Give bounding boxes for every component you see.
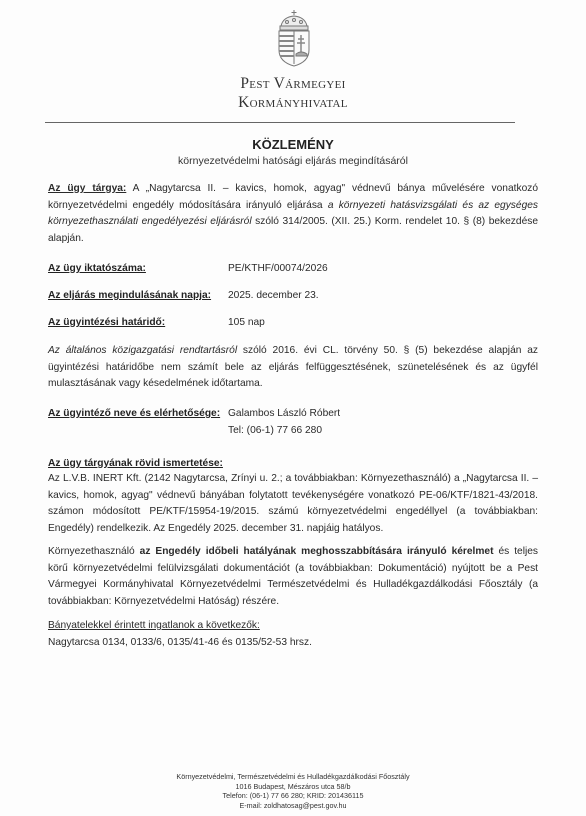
document-title: KÖZLEMÉNY	[0, 137, 586, 152]
case-number-value: PE/KTHF/00074/2026	[228, 263, 328, 274]
request-paragraph: Környezethasználó az Engedély időbeli ha…	[48, 544, 538, 610]
footer-address: 1016 Budapest, Mészáros utca 58/b	[0, 782, 586, 792]
properties-text: Nagytarcsa 0134, 0133/6, 0135/41-46 és 0…	[48, 635, 538, 652]
deadline-label: Az ügyintézési határidő:	[48, 317, 165, 328]
page-footer: Környezetvédelmi, Természetvédelmi és Hu…	[0, 772, 586, 810]
summary-label: Az ügy tárgyának rövid ismertetése:	[48, 458, 223, 469]
subject-paragraph: Az ügy tárgya: A „Nagytarcsa II. – kavic…	[48, 181, 538, 247]
footer-phone: Telefon: (06-1) 77 66 280; KRID: 2014361…	[0, 791, 586, 801]
request-text-1: Környezethasználó	[48, 546, 140, 557]
request-text-bold: az Engedély időbeli hatályának meghossza…	[140, 546, 494, 557]
deadline-note-paragraph: Az általános közigazgatási rendtartásról…	[48, 343, 538, 393]
footer-email: E-mail: zoldhatosag@pest.gov.hu	[0, 801, 586, 811]
footer-department: Környezetvédelmi, Természetvédelmi és Hu…	[0, 772, 586, 782]
org-name-line1: Pest Vármegyei	[0, 75, 586, 93]
start-date-label: Az eljárás megindulásának napja:	[48, 290, 211, 301]
summary-paragraph: Az L.V.B. INERT Kft. (2142 Nagytarcsa, Z…	[48, 471, 538, 537]
subject-label: Az ügy tárgya:	[48, 183, 126, 194]
header-divider	[45, 122, 515, 123]
deadline-note-italic: Az általános közigazgatási rendtartásról	[48, 345, 237, 356]
document-subtitle: környezetvédelmi hatósági eljárás megind…	[0, 155, 586, 167]
properties-label: Bányatelekkel érintett ingatlanok a köve…	[48, 618, 538, 635]
case-number-label: Az ügy iktatószáma:	[48, 263, 146, 274]
deadline-value: 105 nap	[228, 317, 265, 328]
start-date-value: 2025. december 23.	[228, 290, 319, 301]
properties-section: Bányatelekkel érintett ingatlanok a köve…	[48, 618, 538, 651]
coat-of-arms-icon	[273, 8, 315, 68]
administrator-phone: Tel: (06-1) 77 66 280	[228, 425, 322, 436]
document-page: Pest Vármegyei Kormányhivatal KÖZLEMÉNY …	[0, 0, 586, 816]
administrator-label: Az ügyintéző neve és elérhetősége:	[48, 408, 220, 419]
org-name-line2: Kormányhivatal	[0, 94, 586, 112]
administrator-name: Galambos László Róbert	[228, 408, 340, 419]
